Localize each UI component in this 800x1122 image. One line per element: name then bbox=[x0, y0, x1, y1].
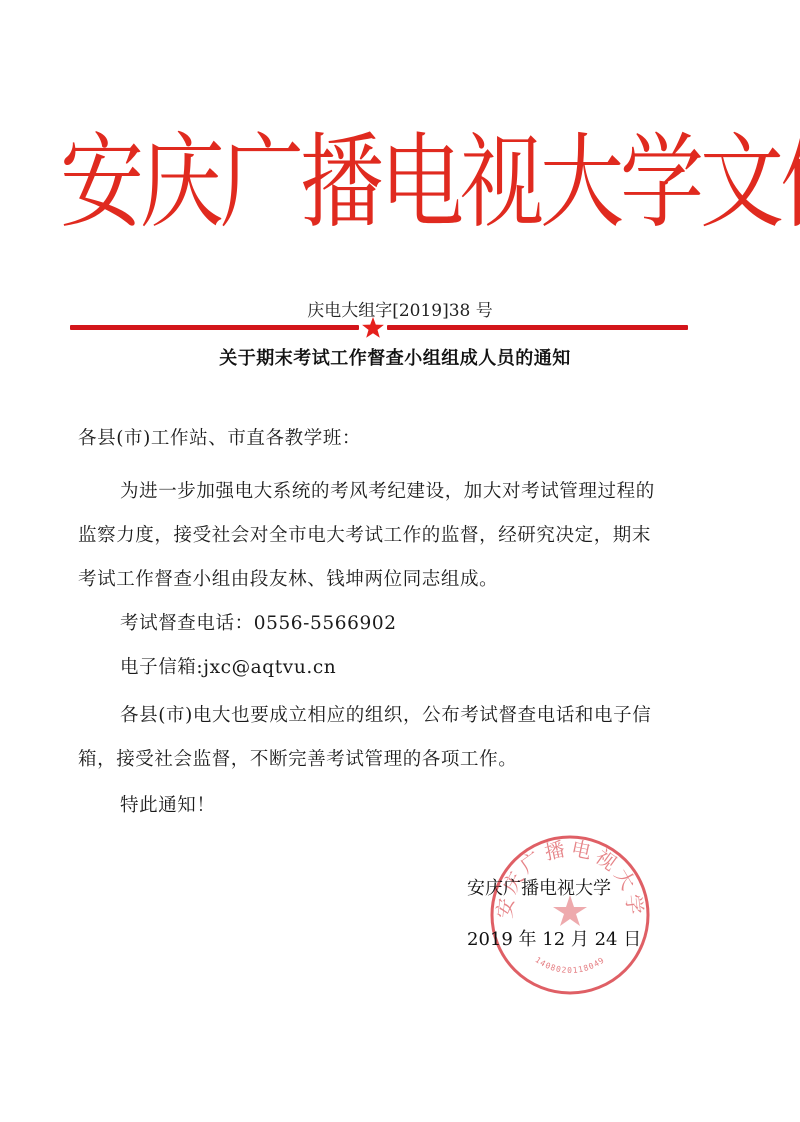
salutation: 各县(市)工作站、市直各教学班： bbox=[78, 425, 718, 453]
phone-line: 考试督查电话：0556-5566902 bbox=[120, 610, 760, 638]
signing-organization: 安庆广播电视大学 bbox=[467, 874, 611, 900]
paragraph-1-line-2: 监察力度，接受社会对全市电大考试工作的监督，经研究决定，期末 bbox=[78, 522, 718, 550]
document-number: 庆电大组字[2019]38 号 bbox=[0, 296, 800, 321]
red-divider-left bbox=[70, 325, 359, 330]
red-divider-right bbox=[387, 325, 688, 330]
paragraph-2-line-2: 箱，接受社会监督，不断完善考试管理的各项工作。 bbox=[78, 746, 718, 774]
official-seal-stamp: 安庆广播电视大学 1408020118049 bbox=[488, 833, 652, 997]
paragraph-1-line-3: 考试工作督查小组由段友林、钱坤两位同志组成。 bbox=[78, 566, 718, 594]
closing-line: 特此通知！ bbox=[120, 792, 760, 820]
document-title: 关于期末考试工作督查小组组成人员的通知 bbox=[0, 344, 790, 370]
email-line: 电子信箱:jxc@aqtvu.cn bbox=[120, 654, 760, 682]
paragraph-2-line-1: 各县(市)电大也要成立相应的组织，公布考试督查电话和电子信 bbox=[120, 702, 760, 730]
star-icon bbox=[361, 316, 385, 340]
svg-text:1408020118049: 1408020118049 bbox=[534, 955, 607, 975]
document-masthead: 安庆广播电视大学文件 bbox=[60, 109, 740, 255]
paragraph-1-line-1: 为进一步加强电大系统的考风考纪建设，加大对考试管理过程的 bbox=[120, 478, 760, 506]
signing-date: 2019 年 12 月 24 日 bbox=[467, 925, 641, 951]
